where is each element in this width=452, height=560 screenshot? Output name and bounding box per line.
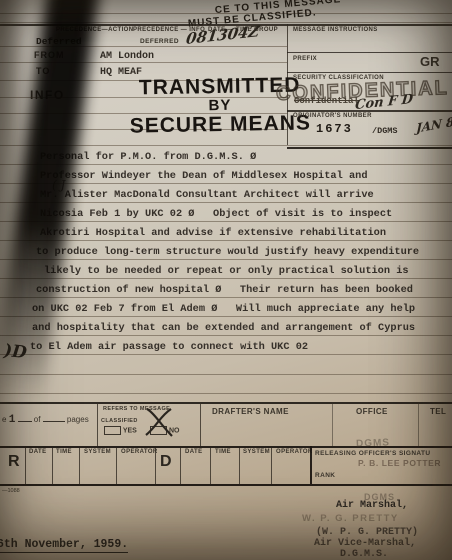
security-typed-value: Confidential xyxy=(294,96,359,106)
photo-shadow-edge xyxy=(0,0,16,390)
classified-yes-option: YES xyxy=(104,426,137,435)
originator-date-handwriting: JAN 8 xyxy=(416,115,452,136)
releasing-officer-label: RELEASING OFFICER'S SIGNATU xyxy=(315,450,431,457)
ruled-line xyxy=(0,374,452,375)
dispatch-cell-label: D xyxy=(160,453,172,471)
prefix-value: GR xyxy=(420,54,440,69)
message-instructions-label: MESSAGE INSTRUCTIONS xyxy=(293,27,378,33)
box-border xyxy=(287,52,452,53)
signature-typed-rank: Air Vice-Marshal, xyxy=(314,538,416,549)
yes-label: YES xyxy=(123,427,137,434)
relay-col-time-2: TIME xyxy=(215,449,231,455)
document-photo: CE TO THIS MESSAGE MUST BE CLASSIFIED. P… xyxy=(0,0,452,560)
cell-divider xyxy=(200,402,201,446)
ruled-line xyxy=(0,393,452,394)
signature-typed-name: (W. P. G. PRETTY) xyxy=(316,527,418,538)
from-value: AM London xyxy=(100,51,154,62)
box-border xyxy=(287,72,452,73)
receive-cell-label: R xyxy=(8,453,20,471)
relay-col-system-2: SYSTEM xyxy=(243,449,270,455)
box-border xyxy=(287,110,452,112)
body-line: construction of new hospital Ø Their ret… xyxy=(0,279,452,298)
cell-divider xyxy=(97,402,98,446)
to-value: HQ MEAF xyxy=(100,67,142,78)
signature-typed-office: D.G.M.S. xyxy=(340,549,388,560)
signature-air-marshal: Air Marshal, xyxy=(336,500,408,511)
office-label: OFFICE xyxy=(356,407,388,416)
relay-col-date-1: DATE xyxy=(29,449,47,455)
classified-label: CLASSIFIED xyxy=(101,418,138,424)
handwritten-x-mark xyxy=(143,405,175,439)
body-line: likely to be needed or repeat or only pr… xyxy=(0,260,452,279)
body-line: to produce long-term structure would jus… xyxy=(0,241,452,260)
originator-number-value: 1673 xyxy=(316,122,353,136)
deferred-label: DEFERRED xyxy=(140,38,179,45)
tel-label: TEL xyxy=(430,407,446,416)
body-line: to El Adem air passage to connect with U… xyxy=(0,336,452,355)
relay-col-system-1: SYSTEM xyxy=(84,449,111,455)
body-line: and hospitality that can be extended and… xyxy=(0,317,452,336)
relay-row-bottom-border xyxy=(0,484,452,486)
relay-col-operator-2: OPERATOR xyxy=(276,449,313,455)
originator-suffix: /DGMS xyxy=(372,126,398,136)
signature-name-stamp-faint: W. P. G. PRETTY xyxy=(302,513,399,524)
releasing-name-stamp: P. B. LEE POTTER xyxy=(358,458,441,468)
drafters-name-label: DRAFTER'S NAME xyxy=(212,407,289,416)
cell-divider xyxy=(418,402,419,446)
yes-checkbox xyxy=(104,426,121,435)
originators-number-label: ORIGINATOR'S NUMBER xyxy=(293,113,372,119)
body-line: Akrotiri Hospital and advise if extensiv… xyxy=(0,222,452,241)
relay-col-date-2: DATE xyxy=(185,449,203,455)
relay-col-time-1: TIME xyxy=(56,449,72,455)
dgms-stamp-faint: DGMS xyxy=(356,437,390,449)
pages-label: pages xyxy=(67,415,89,424)
form-number: —1088 xyxy=(2,488,20,494)
prefix-label: PREFIX xyxy=(293,56,317,62)
footer-top-border xyxy=(0,402,452,404)
cell-divider xyxy=(332,402,333,446)
relay-col-operator-1: OPERATOR xyxy=(121,449,158,455)
body-line: on UKC 02 Feb 7 from El Adem Ø Will much… xyxy=(0,298,452,317)
rank-label: RANK xyxy=(315,472,335,479)
date-line: 6th November, 1959. xyxy=(0,538,128,553)
